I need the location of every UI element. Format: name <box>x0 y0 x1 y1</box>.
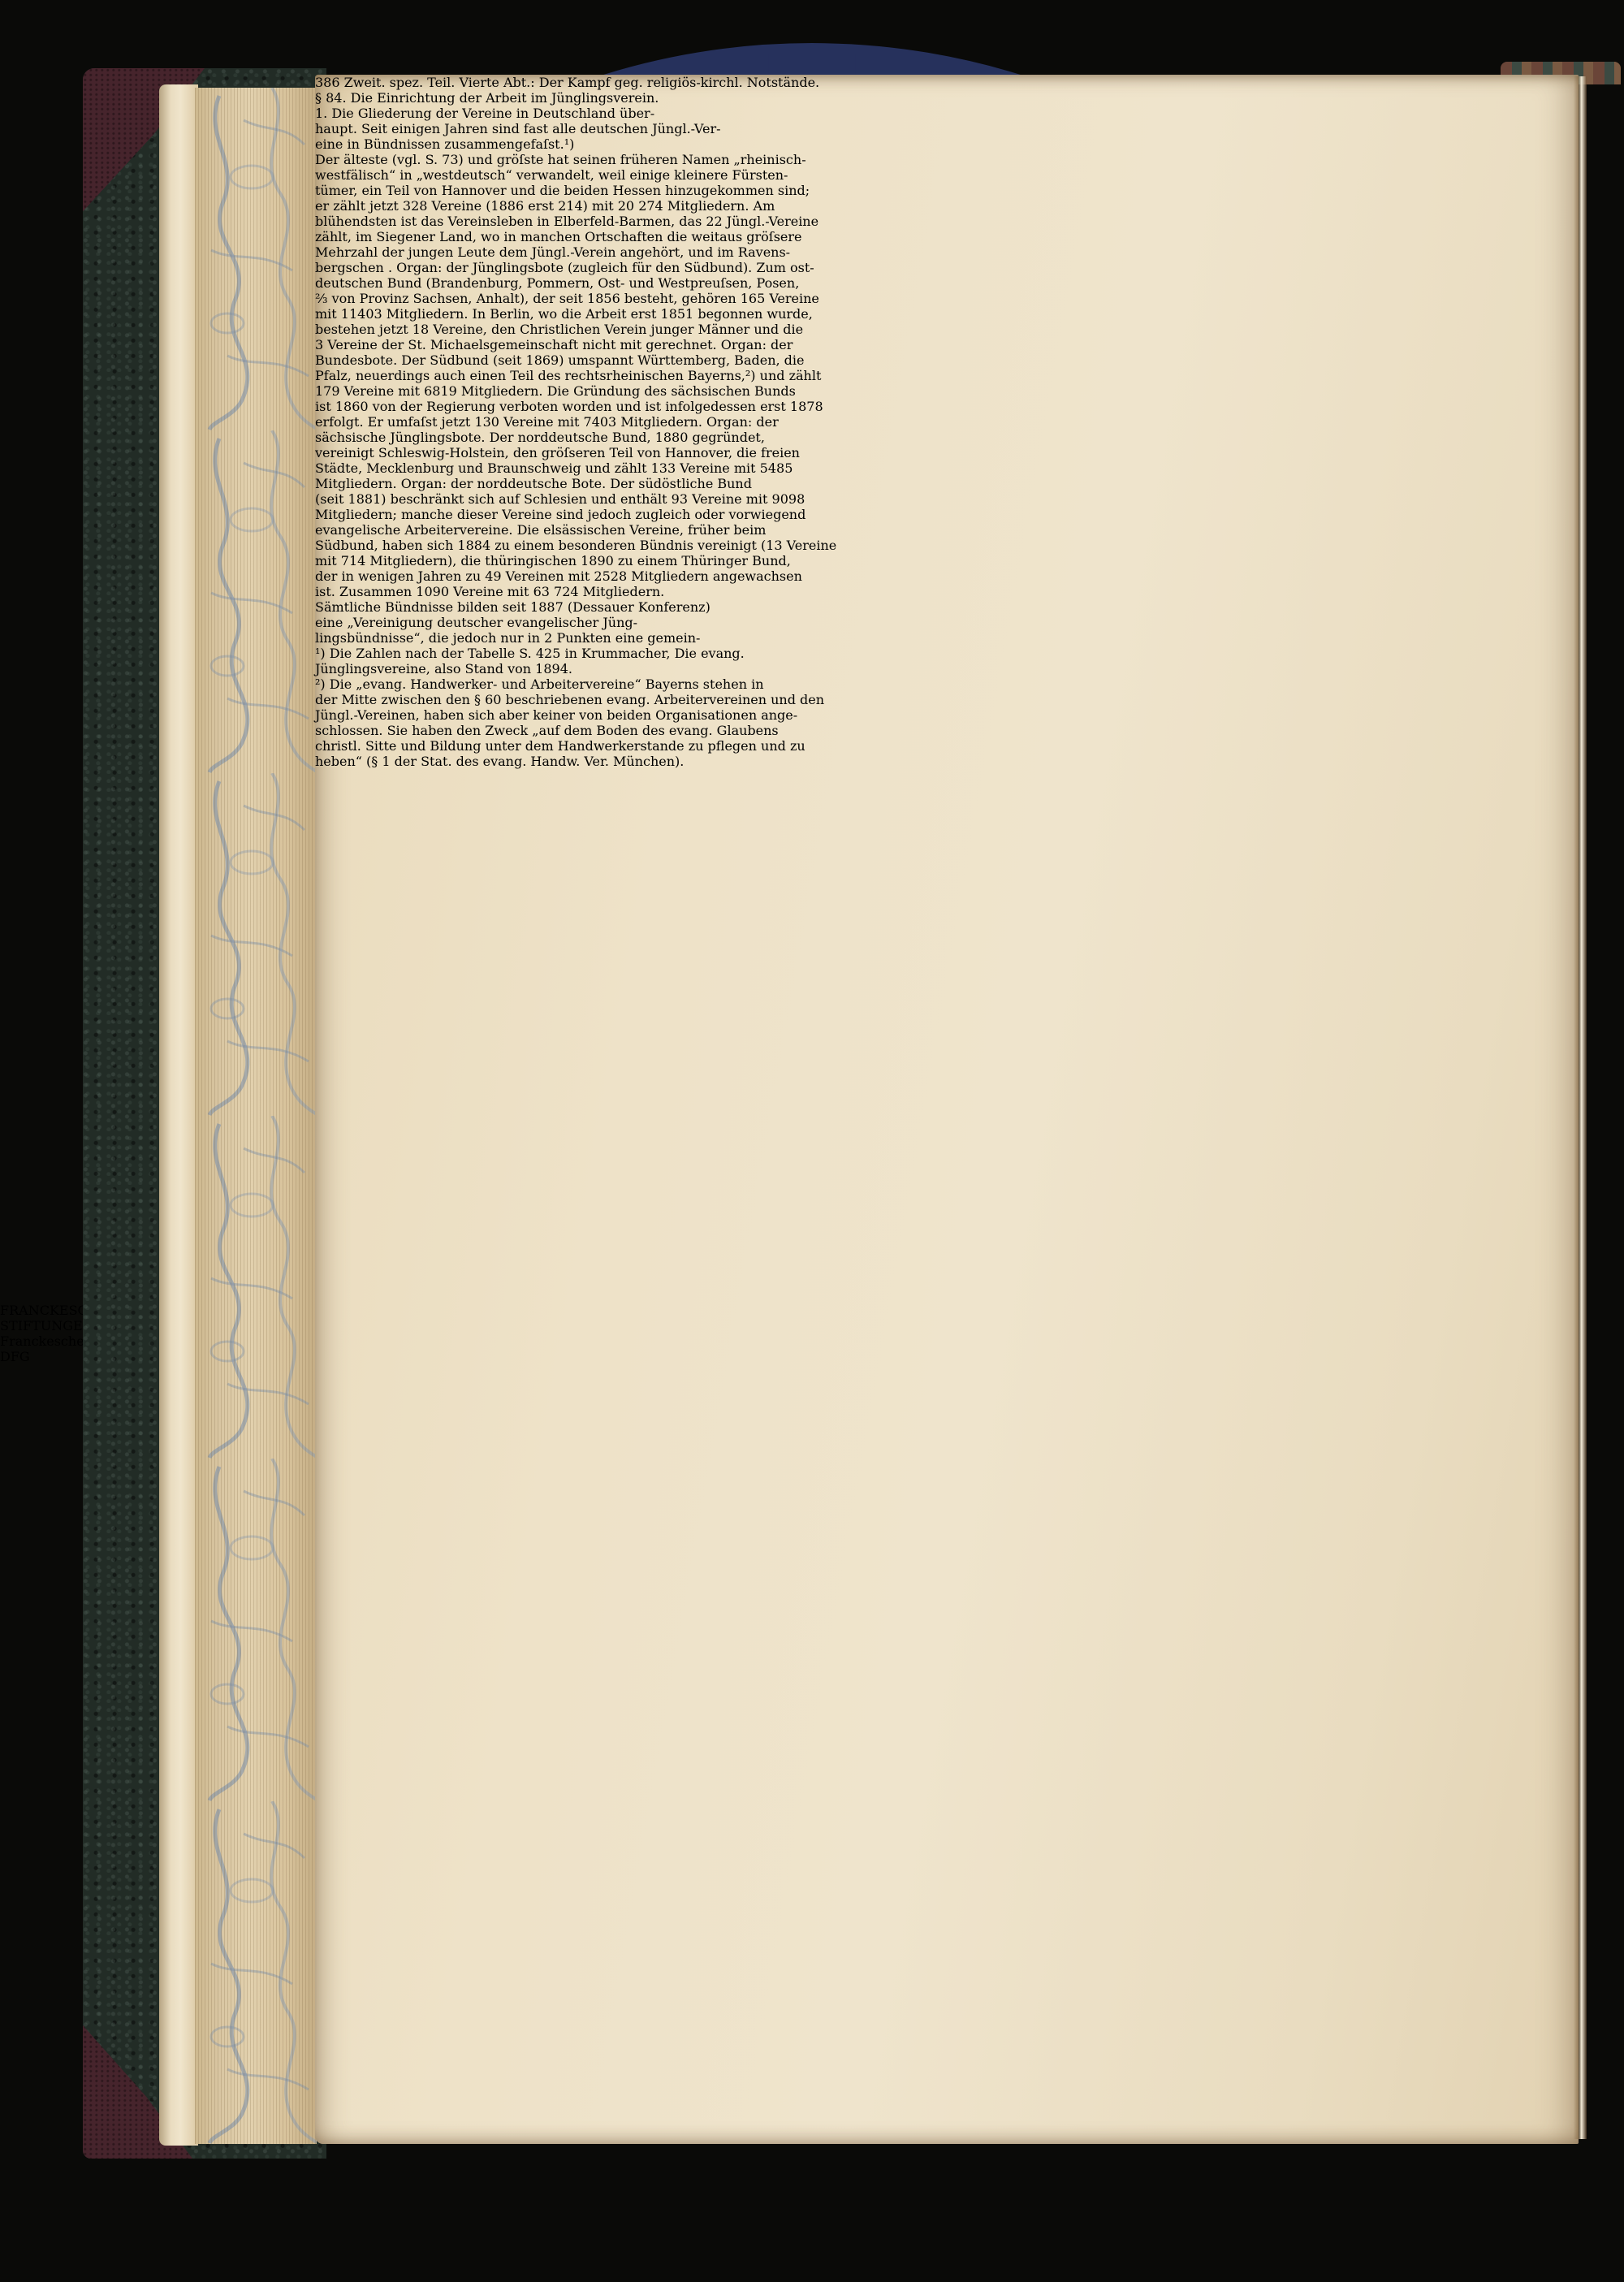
text-line: mit 11403 Mitgliedern. In Berlin, wo die… <box>315 306 1579 322</box>
marble-veins-graphic <box>195 88 317 2144</box>
text-line: evangelische Arbeitervereine. Die elsäss… <box>315 522 1579 538</box>
text-line: lingsbündnisse“, die jedoch nur in 2 Pun… <box>315 630 1579 646</box>
text-line: (seit 1881) beschränkt sich auf Schlesie… <box>315 491 1579 507</box>
text-line: tümer, ein Teil von Hannover und die bei… <box>315 183 1579 198</box>
text-line: sächsische Jünglingsbote. Der norddeutsc… <box>315 430 1579 445</box>
text-line: eine „Vereinigung deutscher evangelische… <box>315 615 1579 630</box>
text-line: heben“ (§ 1 der Stat. des evang. Handw. … <box>315 754 1579 769</box>
paragraph: Der älteste (vgl. S. 73) und gröſste hat… <box>315 152 1579 599</box>
text-line: deutschen Bund (Brandenburg, Pommern, Os… <box>315 275 1579 291</box>
facing-page-edge <box>1585 80 1624 2137</box>
text-line: westfälisch“ in „westdeutsch“ verwandelt… <box>315 167 1579 183</box>
text-line: ¹) Die Zahlen nach der Tabelle S. 425 in… <box>315 646 1579 661</box>
text-line: ist. Zusammen 1090 Vereine mit 63 724 Mi… <box>315 584 1579 599</box>
scanned-page: 386 Zweit. spez. Teil. Vierte Abt.: Der … <box>315 75 1579 2144</box>
paragraph: 1. Die Gliederung der Vereine in Deutsch… <box>315 106 1579 152</box>
text-line: 1. Die Gliederung der Vereine in Deutsch… <box>315 106 1579 121</box>
text-line: mit 714 Mitgliedern), die thüringischen … <box>315 553 1579 568</box>
text-line: er zählt jetzt 328 Vereine (1886 erst 21… <box>315 198 1579 214</box>
text-line: Der älteste (vgl. S. 73) und gröſste hat… <box>315 152 1579 167</box>
text-line: christl. Sitte und Bildung unter dem Han… <box>315 738 1579 754</box>
text-line: Pfalz, neuerdings auch einen Teil des re… <box>315 368 1579 383</box>
text-line: bergschen . Organ: der Jünglingsbote (zu… <box>315 260 1579 275</box>
text-line: ⅔ von Provinz Sachsen, Anhalt), der seit… <box>315 291 1579 306</box>
text-line: ²) Die „evang. Handwerker- und Arbeiterv… <box>315 676 1579 692</box>
text-line: Mehrzahl der jungen Leute dem Jüngl.-Ver… <box>315 244 1579 260</box>
text-line: 3 Vereine der St. Michaelsgemeinschaft n… <box>315 337 1579 352</box>
scanned-book-photo: { "colors":{ "ink":"#3a3026", "page_pape… <box>0 0 1624 2282</box>
text-line: bestehen jetzt 18 Vereine, den Christlic… <box>315 322 1579 337</box>
text-line: Sämtliche Bündnisse bilden seit 1887 (De… <box>315 599 1579 615</box>
text-line: Mitgliedern. Organ: der norddeutsche Bot… <box>315 476 1579 491</box>
text-block: 386 Zweit. spez. Teil. Vierte Abt.: Der … <box>315 75 1579 769</box>
text-line: Südbund, haben sich 1884 zu einem besond… <box>315 538 1579 553</box>
text-line: Jünglingsvereine, also Stand von 1894. <box>315 661 1579 676</box>
text-line: eine in Bündnissen zusammengefaſst.¹) <box>315 136 1579 152</box>
text-line: Jüngl.-Vereinen, haben sich aber keiner … <box>315 707 1579 723</box>
text-line: der Mitte zwischen den § 60 beschriebene… <box>315 692 1579 707</box>
page-fore-edge-marbled <box>195 88 317 2144</box>
footnote: ¹) Die Zahlen nach der Tabelle S. 425 in… <box>315 646 1579 676</box>
text-line: vereinigt Schleswig-Holstein, den gröſse… <box>315 445 1579 460</box>
text-line: Mitgliedern; manche dieser Vereine sind … <box>315 507 1579 522</box>
text-line: Städte, Mecklenburg und Braunschweig und… <box>315 460 1579 476</box>
text-line: Bundesbote. Der Südbund (seit 1869) umsp… <box>315 352 1579 368</box>
page-block-edge <box>159 84 198 2146</box>
text-line: der in wenigen Jahren zu 49 Vereinen mit… <box>315 568 1579 584</box>
text-line: zählt, im Siegener Land, wo in manchen O… <box>315 229 1579 244</box>
text-line: blühendsten ist das Vereinsleben in Elbe… <box>315 214 1579 229</box>
text-line: ist 1860 von der Regierung verboten word… <box>315 399 1579 414</box>
text-line: erfolgt. Er umfaſst jetzt 130 Vereine mi… <box>315 414 1579 430</box>
page-header: 386 Zweit. spez. Teil. Vierte Abt.: Der … <box>315 75 1579 90</box>
footnote: ²) Die „evang. Handwerker- und Arbeiterv… <box>315 676 1579 769</box>
text-line: haupt. Seit einigen Jahren sind fast all… <box>315 121 1579 136</box>
section-heading: § 84. Die Einrichtung der Arbeit im Jüng… <box>315 90 1579 106</box>
paragraph: Sämtliche Bündnisse bilden seit 1887 (De… <box>315 599 1579 646</box>
text-line: 179 Vereine mit 6819 Mitgliedern. Die Gr… <box>315 383 1579 399</box>
text-line: schlossen. Sie haben den Zweck „auf dem … <box>315 723 1579 738</box>
